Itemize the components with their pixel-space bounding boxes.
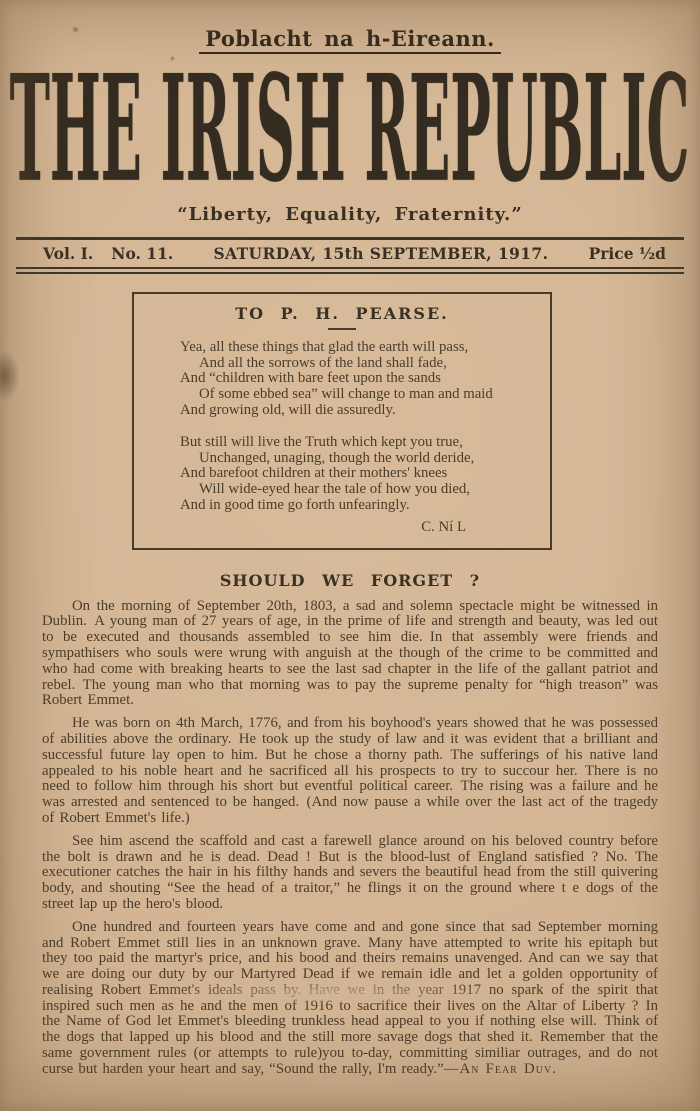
article-paragraphs: On the morning of September 20th, 1803, …: [42, 599, 658, 913]
article-last-paragraph: One hundred and fourteen years have come…: [42, 920, 658, 1078]
poem-line: And in good time go forth unfearingly.: [180, 498, 538, 514]
poem-line: And “children with bare feet upon the sa…: [180, 371, 538, 387]
poem-title: TO P. H. PEARSE.: [134, 306, 550, 322]
article-body: On the morning of September 20th, 1803, …: [42, 599, 658, 1078]
price-label: Price ½d: [589, 244, 666, 263]
article-paragraph: On the morning of September 20th, 1803, …: [42, 599, 658, 710]
volume-label: Vol. I.: [43, 244, 93, 263]
poem-head: TO P. H. PEARSE.: [134, 306, 550, 330]
date-label: SATURDAY, 15th SEPTEMBER, 1917.: [173, 244, 588, 263]
article-paragraph: He was born on 4th March, 1776, and from…: [42, 716, 658, 827]
article-heading: SHOULD WE FORGET ?: [0, 571, 700, 590]
poem-line: Will wide-eyed hear the tale of how you …: [180, 482, 538, 498]
poem-line: But still will live the Truth which kept…: [180, 435, 538, 451]
poem-line: And barefoot children at their mothers' …: [180, 466, 538, 482]
last-paragraph-text: One hundred and fourteen years have come…: [42, 919, 658, 1077]
poem-line: And all the sorrows of the land shall fa…: [180, 356, 538, 372]
article-paragraph: See him ascend the scaffold and cast a f…: [42, 834, 658, 913]
newspaper-page: Poblacht na h-Eireann. THE IRISH REPUBLI…: [0, 0, 700, 1111]
poem-line: Yea, all these things that glad the eart…: [180, 340, 538, 356]
issue-number-label: No. 11.: [111, 244, 173, 263]
poem-line: Unchanged, unaging, though the world der…: [180, 451, 538, 467]
masthead: THE IRISH REPUBLIC: [0, 54, 700, 202]
poem-title-rule: [328, 328, 356, 330]
dateline-rule-bottom: [16, 267, 684, 274]
article-signature: —An Fear Duv.: [444, 1061, 557, 1077]
poem-stanza-1: Yea, all these things that glad the eart…: [180, 340, 538, 419]
poem-line: And growing old, will die assuredly.: [180, 403, 538, 419]
poem-box: TO P. H. PEARSE. Yea, all these things t…: [132, 292, 552, 550]
poem-signature: C. Ní L: [180, 520, 538, 536]
masthead-title: THE IRISH REPUBLIC: [10, 42, 690, 214]
dateline-rule-top: [16, 237, 684, 240]
dateline: Vol. I. No. 11. SATURDAY, 15th SEPTEMBER…: [43, 244, 666, 263]
poem-line: Of some ebbed sea” will change to man an…: [180, 387, 538, 403]
ink-stain: [0, 350, 20, 402]
poem-stanza-2: But still will live the Truth which kept…: [180, 435, 538, 514]
